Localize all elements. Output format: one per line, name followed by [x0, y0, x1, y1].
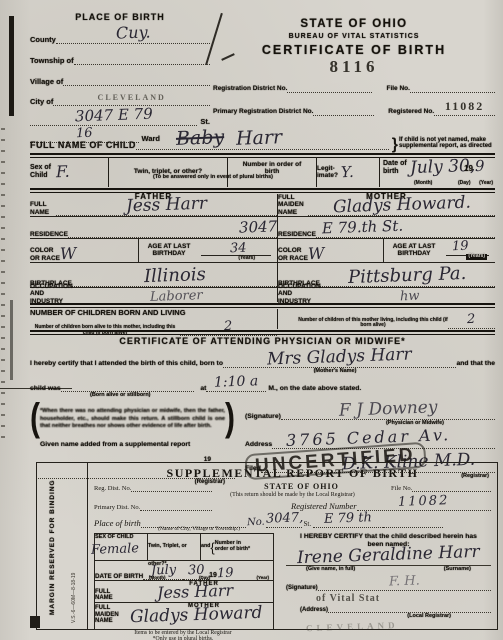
signature-value: F J Downey — [338, 400, 437, 420]
mother-occupation-value: hw — [400, 290, 420, 304]
supp-place-label: Place of birth — [94, 518, 141, 528]
dob-year-printed: 19 — [464, 165, 473, 174]
mother-name-label: FULL MAIDEN NAME — [278, 194, 308, 216]
supp-signature-value: F. H. — [389, 575, 420, 589]
father-residence-label: RESIDENCE — [30, 231, 68, 238]
sex-value: F. — [56, 164, 70, 180]
supp-st-label: St. — [304, 520, 312, 528]
mother-color-label: COLOR OR RACE — [278, 247, 308, 262]
father-age-label: AGE AT LAST BIRTHDAY — [143, 243, 195, 258]
name-note-line2: supplemental report, as directed — [399, 143, 495, 150]
child-name-row: FULL NAME OF CHILD Baby Harr } If child … — [30, 126, 495, 158]
serial-number-stamp: 8116 — [329, 57, 378, 76]
registered-no-label: Registered No. — [388, 108, 434, 115]
city-stamp: CLEVELAND — [98, 93, 166, 102]
time-value: 1:10 a — [214, 374, 259, 390]
supp-dob-year: 19 — [217, 567, 234, 581]
supp-certify-text: I HEREBY CERTIFY that the child describe… — [286, 533, 491, 541]
supplemental-content: SUPPLEMENTAL REPORT OF BIRTH Reg. Dist. … — [88, 463, 497, 629]
place-of-birth-heading: PLACE OF BIRTH — [30, 12, 210, 22]
state-header: STATE OF OHIO BUREAU OF VITAL STATISTICS… — [213, 18, 495, 116]
bureau-title: BUREAU OF VITAL STATISTICS — [213, 33, 495, 41]
on-date-label: M., on the date above stated. — [268, 385, 361, 393]
section-rule-4 — [30, 330, 495, 335]
brace-right: ) — [225, 397, 235, 441]
county-label: County — [30, 36, 56, 44]
mother-residence-label: RESIDENCE — [278, 231, 316, 238]
mother-column: MOTHER FULL MAIDEN NAME Gladys Howard. R… — [278, 194, 495, 302]
at-label: at — [200, 385, 206, 393]
supp-child-table: SEX OF CHILD Female Twin, Triplet, or ot… — [94, 533, 274, 630]
no-physician-note: *When there was no attending physician o… — [40, 408, 225, 430]
primary-district-label: Primary Registration District No. — [213, 108, 313, 115]
order-label: Number in order of birth — [241, 161, 303, 176]
dob-year-written: 9 — [475, 159, 485, 174]
signature-label: (Signature) — [245, 413, 281, 421]
physician-heading: CERTIFICATE OF ATTENDING PHYSICIAN OR MI… — [30, 336, 495, 346]
supp-no-value: 3047, — [265, 511, 303, 525]
supp-month-label: (Month) — [149, 575, 166, 580]
registered-no-value: 11082 — [445, 99, 484, 113]
place-of-birth-block: PLACE OF BIRTH County Cuy. Township of V… — [30, 12, 210, 143]
street-suffix-label: St. — [200, 118, 210, 126]
address-label: Address — [245, 441, 272, 449]
state-title: STATE OF OHIO — [213, 18, 495, 31]
supp-sex-label: SEX OF CHILD — [95, 534, 147, 540]
village-label: Village of — [30, 78, 63, 86]
name-note: If child is not yet named, make suppleme… — [399, 137, 495, 150]
children-count-heading: NUMBER OF CHILDREN BORN AND LIVING — [30, 309, 277, 317]
binding-bar — [9, 16, 14, 116]
sex-label: Sex of Child — [30, 164, 56, 180]
form-code: V.S.-6—60M—8-18-19 — [71, 523, 77, 623]
child-was-label: child was — [30, 385, 61, 393]
father-occupation-label: OCCUPATION AND INDUSTRY — [30, 283, 76, 305]
legitimate-value: Y. — [341, 164, 354, 179]
child-name-value: Harr — [236, 128, 283, 149]
children-living-value: 2 — [467, 313, 476, 326]
county-value: Cuy. — [115, 24, 150, 41]
mother-birthplace-value: Pittsburg Pa. — [348, 265, 467, 287]
supp-no-label: No. — [247, 518, 265, 529]
given-name-note: Given name added from a supplemental rep… — [40, 441, 235, 449]
supp-mother-name-label: FULL MAIDEN NAME — [95, 605, 119, 625]
parents-grid: FATHER FULL NAME Jess Harr RESIDENCE 304… — [30, 194, 495, 302]
vital-stat-stamp: of Vital Stat — [316, 593, 380, 604]
supp-certify-block: I HEREBY CERTIFY that the child describe… — [274, 533, 491, 630]
child-name-label: FULL NAME OF CHILD — [30, 140, 136, 150]
certify-pre: I hereby certify that I attended the bir… — [30, 360, 223, 368]
brace-left: ( — [30, 397, 40, 441]
supp-state: STATE OF OHIO — [212, 482, 391, 491]
physician-mother-name: Mrs Gladys Harr — [267, 347, 412, 369]
father-name-value: Jess Harr — [126, 196, 207, 216]
dob-day-label: (Day) — [458, 181, 471, 187]
mother-color-value: W — [308, 246, 325, 263]
binding-margin-text: MARGIN RESERVED FOR BINDING — [49, 475, 56, 615]
mother-age-label: AGE AT LAST BIRTHDAY — [388, 243, 440, 258]
father-residence-value: 3047 — [239, 219, 278, 235]
supp-sex-value: Female — [91, 542, 139, 557]
registration-district-label: Registration District No. — [213, 85, 287, 92]
father-color-value: W — [60, 246, 77, 263]
name-note-brace: } — [392, 136, 398, 154]
children-living-label: Number of children of this mother living… — [298, 318, 448, 329]
legitimate-label: Legit- imate? — [317, 165, 341, 180]
certificate-title: CERTIFICATE OF BIRTH — [213, 43, 495, 57]
mother-name-value: Gladys Howard. — [332, 195, 470, 217]
dob-label: Date of birth — [383, 160, 407, 176]
dob-month-label: (Month) — [414, 181, 432, 187]
mother-residence-value: E 79.th St. — [322, 219, 404, 237]
supp-child-name: Irene Geraldine Harr — [297, 544, 480, 567]
file-no-label: File No. — [386, 85, 409, 92]
mother-age-unit: (Years) — [466, 254, 487, 260]
father-birthplace-value: Illinois — [143, 266, 205, 286]
supp-dob-label: DATE OF BIRTH — [95, 573, 143, 580]
mother-occupation-label: OCCUPATION AND INDUSTRY — [278, 283, 324, 305]
supp-dob-year-printed: 19 — [209, 572, 217, 580]
father-age-value: 34 — [230, 242, 247, 256]
township-label: Township of — [30, 57, 74, 65]
father-color-label: COLOR OR RACE — [30, 247, 60, 262]
supp-order-label: Number in order of birth* — [215, 541, 253, 553]
corner-mark — [30, 616, 40, 628]
supp-title: SUPPLEMENTAL REPORT OF BIRTH — [94, 466, 491, 481]
father-name-label: FULL NAME — [30, 201, 56, 216]
child-name-struck: Baby — [176, 128, 225, 149]
scanned-birth-certificate: PLACE OF BIRTH County Cuy. Township of V… — [0, 0, 503, 640]
street-value: 3047 E 79 — [75, 107, 153, 125]
supp-primary-dist-label: Primary Dist. No. — [94, 504, 140, 511]
supp-address-label: (Address) — [300, 607, 328, 614]
supp-file-label: File No. — [391, 485, 412, 492]
supp-day-label: (Day) — [199, 575, 210, 580]
father-age-unit: (Years) — [238, 256, 255, 262]
supp-st-value: E 79 th — [324, 511, 372, 526]
binding-margin: MARGIN RESERVED FOR BINDING V.S.-6—60M—8… — [37, 463, 88, 629]
supp-plural-note: *Only use in plural births. — [94, 636, 272, 640]
father-column: FATHER FULL NAME Jess Harr RESIDENCE 304… — [30, 194, 278, 302]
edge-dashes — [1, 128, 5, 438]
city-label: City of — [30, 98, 53, 106]
father-occupation-value: Laborer — [150, 289, 203, 304]
supp-and-label: and — [201, 544, 210, 550]
supplemental-form: MARGIN RESERVED FOR BINDING V.S.-6—60M—8… — [36, 462, 498, 630]
birth-stats-row: Sex of Child F. Twin, triplet, or other?… — [30, 157, 495, 187]
supp-signature-label: (Signature) — [286, 585, 318, 592]
supp-year-label: (Year) — [256, 575, 269, 580]
supp-father-name-label: FULL NAME — [95, 589, 117, 602]
supp-father-name-value: Jess Harr — [157, 583, 234, 602]
certify-post: and that the — [456, 360, 495, 368]
supp-registered-number-value: 11082 — [398, 494, 450, 509]
mother-age-value: 19 — [452, 240, 469, 254]
dob-year-label: (Year) — [479, 181, 493, 187]
supp-mother-name-value: Gladys Howard — [129, 605, 262, 627]
supp-reg-dist-label: Reg. Dist. No. — [94, 485, 131, 492]
children-count-row: NUMBER OF CHILDREN BORN AND LIVING Numbe… — [30, 309, 495, 329]
certificate-form: PLACE OF BIRTH County Cuy. Township of V… — [28, 10, 497, 454]
binding-bar-2 — [10, 300, 13, 380]
